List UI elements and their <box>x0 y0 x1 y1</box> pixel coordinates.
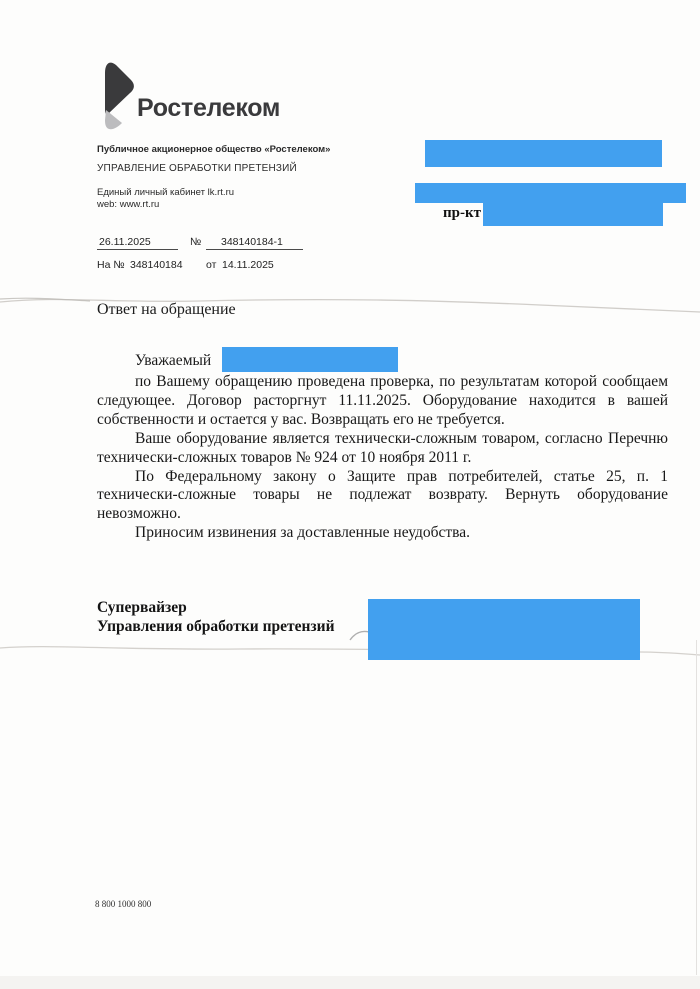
salutation-text: Уважаемый <box>135 352 211 370</box>
rostelecom-wordmark: Ростелеком <box>137 94 280 123</box>
body-paragraph-4: Приносим извинения за доставленные неудо… <box>97 524 668 543</box>
incoming-from-label: от <box>206 259 216 271</box>
recipient-address-prefix: пр-кт <box>443 205 481 222</box>
letter-body: по Вашему обращению проведена проверка, … <box>97 373 668 543</box>
redaction-recipient-street <box>483 202 663 226</box>
outgoing-number-underline <box>206 249 303 250</box>
scan-edge-right <box>696 640 697 975</box>
signature-title-line-2: Управления обработки претензий <box>97 617 335 636</box>
signature-block: Супервайзер Управления обработки претенз… <box>97 598 335 636</box>
body-paragraph-2: Ваше оборудование является технически-сл… <box>97 430 668 468</box>
signature-title-line-1: Супервайзер <box>97 598 335 617</box>
redaction-recipient-name <box>425 140 662 167</box>
letter-subject: Ответ на обращение <box>97 301 236 319</box>
incoming-date: 14.11.2025 <box>222 259 274 271</box>
body-paragraph-3: По Федеральному закону о Защите прав пот… <box>97 468 668 525</box>
outgoing-date-underline <box>97 249 178 250</box>
footer-phone-number: 8 800 1000 800 <box>95 899 151 909</box>
body-paragraph-1: по Вашему обращению проведена проверка, … <box>97 373 668 430</box>
outgoing-number: 348140184-1 <box>221 236 283 248</box>
org-personal-cabinet-line: Единый личный кабинет lk.rt.ru <box>97 187 234 198</box>
rostelecom-logo-icon <box>100 59 136 131</box>
incoming-number-label: На № <box>97 259 125 271</box>
number-sign: № <box>190 236 201 248</box>
outgoing-date: 26.11.2025 <box>99 236 151 248</box>
org-website-line: web: www.rt.ru <box>97 199 159 210</box>
org-department-name: УПРАВЛЕНИЕ ОБРАБОТКИ ПРЕТЕНЗИЙ <box>97 163 297 174</box>
redaction-signature <box>368 599 640 660</box>
scan-edge-bottom <box>0 976 700 989</box>
incoming-number: 348140184 <box>130 259 183 271</box>
redaction-addressee-name <box>222 347 398 372</box>
redaction-recipient-city <box>415 183 686 203</box>
scanned-letter-page: Ростелеком Публичное акционерное обществ… <box>0 0 700 989</box>
org-company-name: Публичное акционерное общество «Ростелек… <box>97 144 330 155</box>
